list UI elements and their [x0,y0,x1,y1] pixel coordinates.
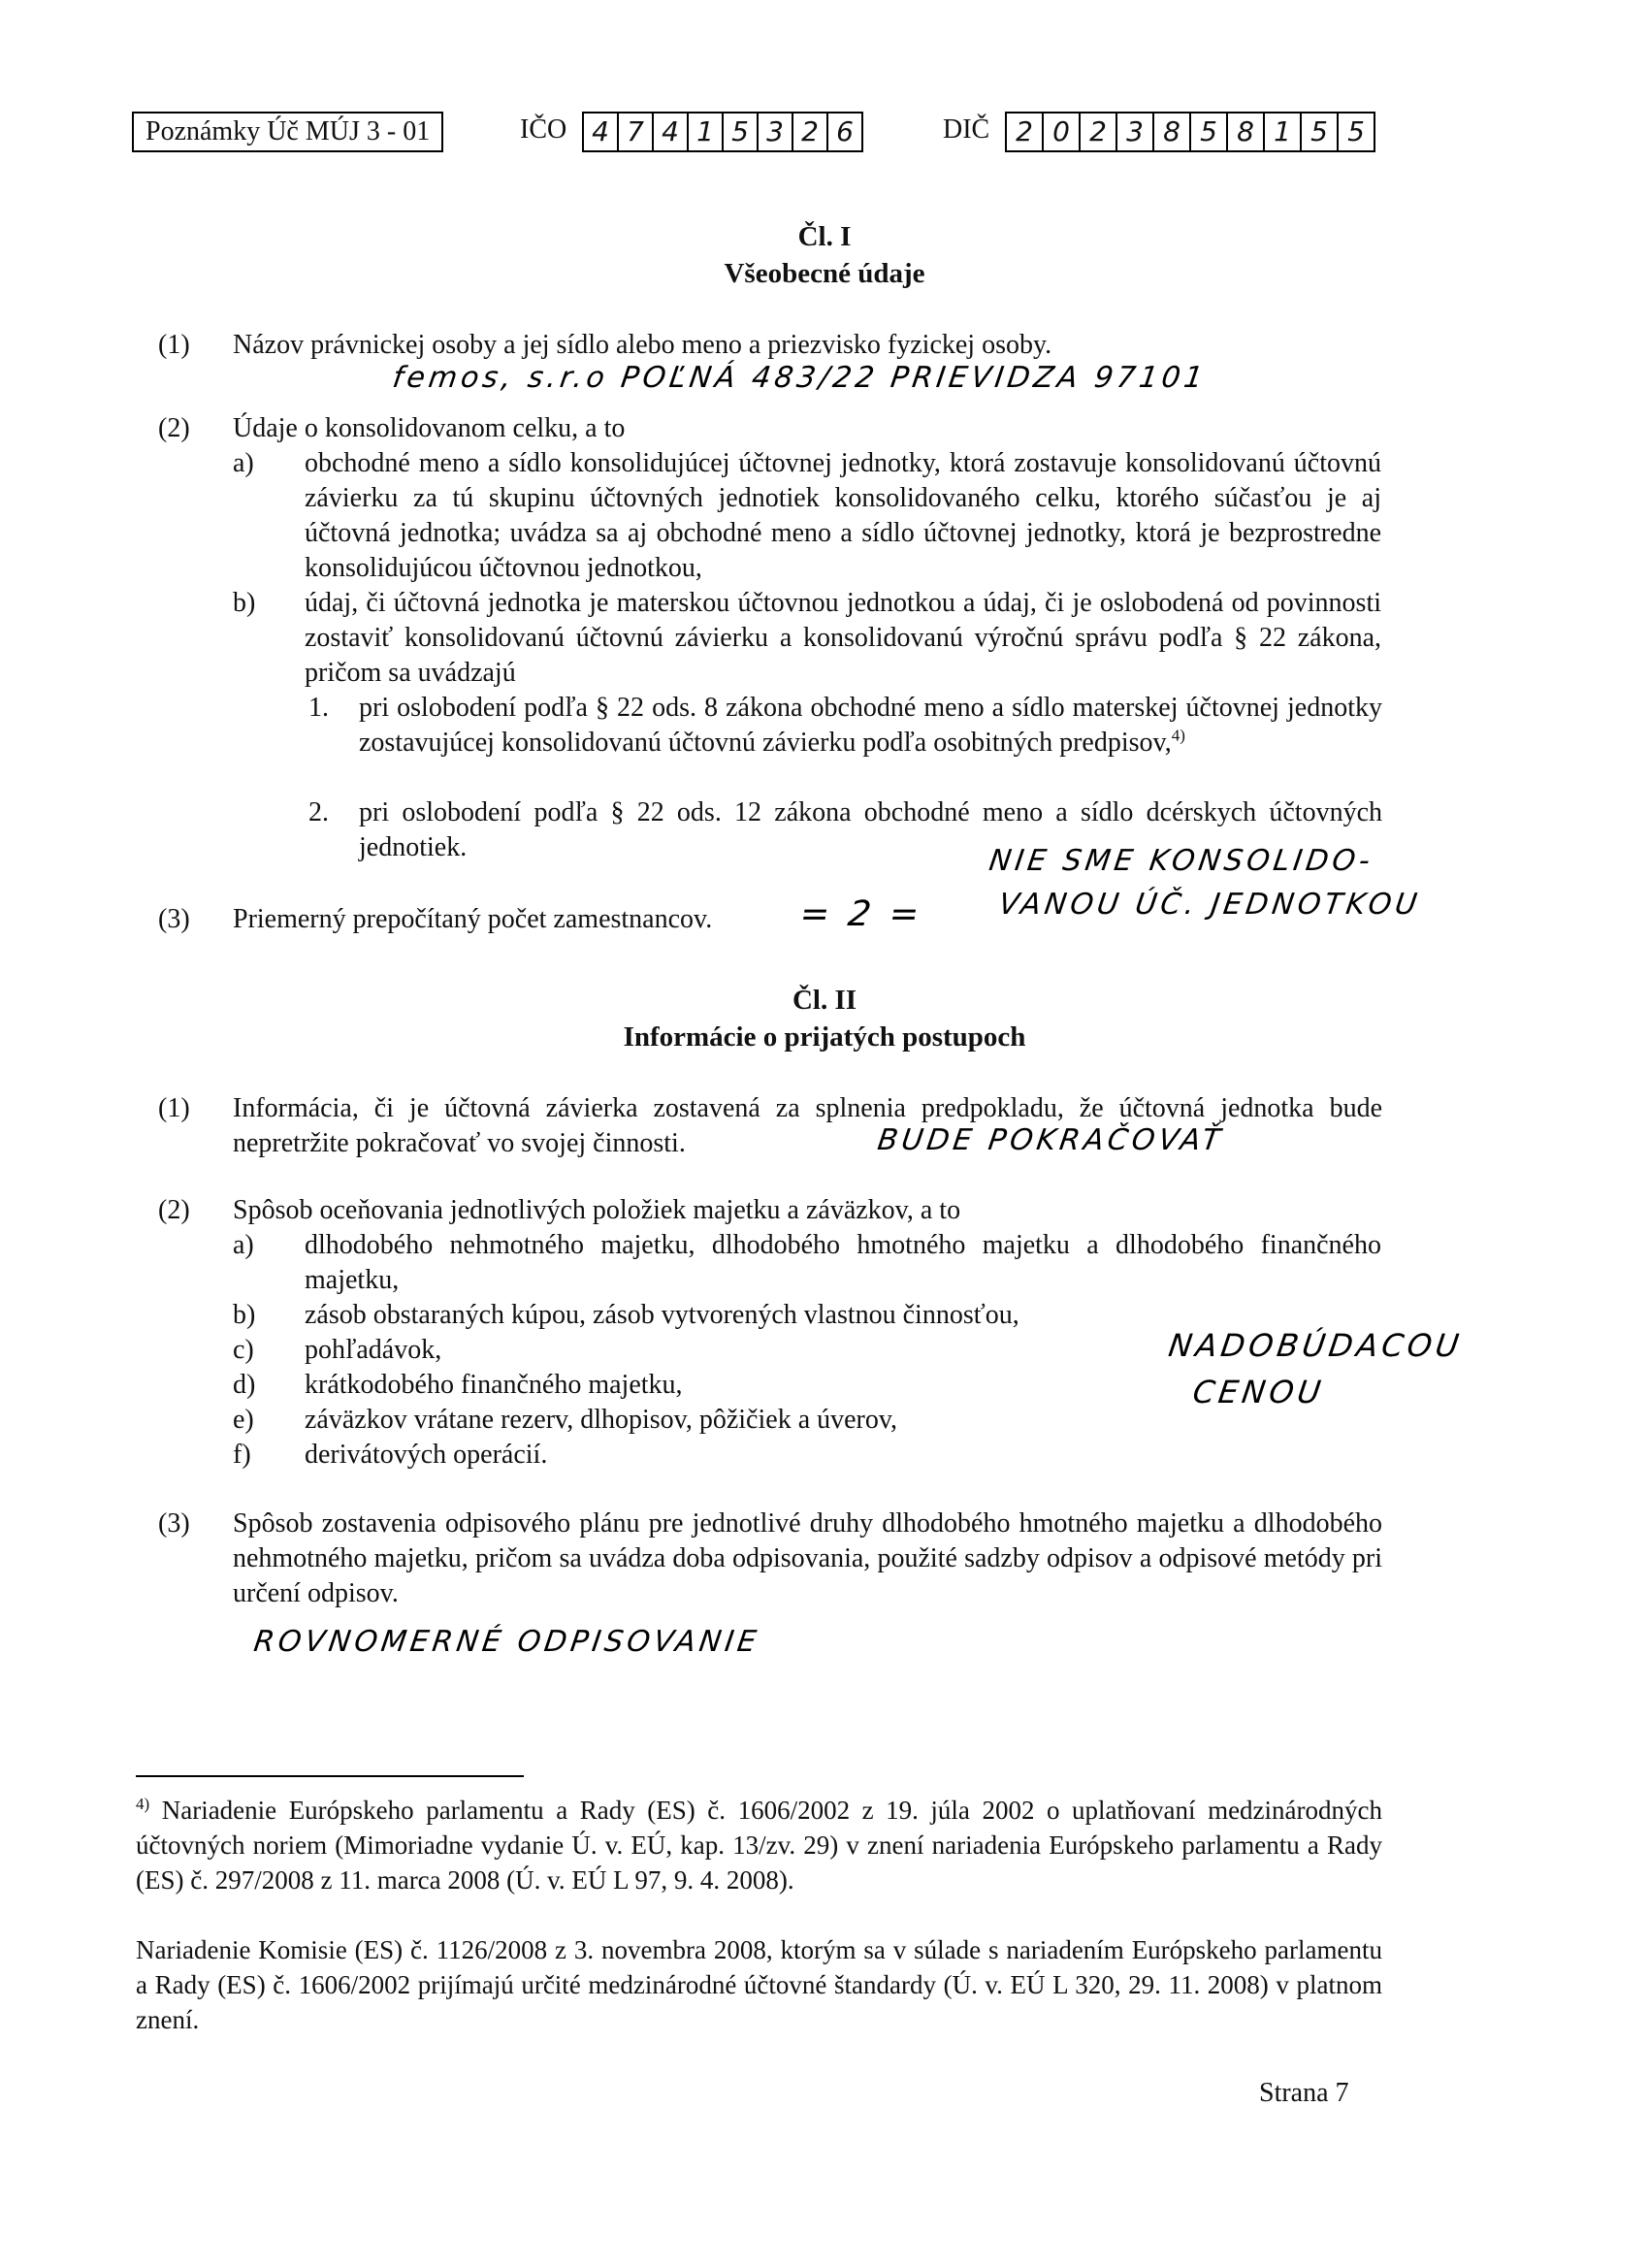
list-label: 1. [308,691,367,726]
footnote-1: 4) Nariadenie Európskeho parlamentu a Ra… [136,1793,1382,1897]
list-label: a) [233,446,291,481]
list-text: dlhodobého nehmotného majetku, dlhodobéh… [305,1228,1381,1298]
item-text: Spôsob oceňovania jednotlivých položiek … [233,1193,1397,1228]
list-text: pri oslobodení podľa § 22 ods. 8 zákona … [359,691,1382,761]
list-text: derivátových operácií. [305,1438,1178,1473]
form-label: Poznámky Úč MÚJ 3 - 01 [132,112,443,152]
dic-field: 2 0 2 3 8 5 8 1 5 5 [1005,112,1375,152]
footnote-ref: 4) [1172,727,1185,745]
list-label: c) [233,1333,291,1368]
list-text-content: pri oslobodení podľa § 22 ods. 8 zákona … [359,693,1382,758]
item-number: (3) [158,1507,216,1541]
item-number: (3) [158,902,216,937]
ico-digit: 4 [654,113,689,150]
article-2-number: Čl. II [0,982,1649,1019]
dic-digit: 5 [1191,113,1228,150]
dic-label: DIČ [943,110,989,150]
handwritten-note: NADOBÚDACOU [1166,1327,1465,1364]
ico-field: 4 7 4 1 5 3 2 6 [582,112,863,152]
item-number: (2) [158,1193,216,1228]
page-number: Strana 7 [1259,2076,1349,2111]
footnote-2: Nariadenie Komisie (ES) č. 1126/2008 z 3… [136,1932,1382,2037]
footnote-marker: 4) [136,1795,149,1813]
handwritten-employee-count: = 2 = [797,894,925,934]
item-text: Názov právnickej osoby a jej sídlo alebo… [233,328,1397,363]
dic-digit: 2 [1007,113,1044,150]
dic-digit: 5 [1339,113,1374,150]
list-label: 2. [308,795,367,830]
list-text: krátkodobého finančného majetku, [305,1368,1178,1403]
item-number: (1) [158,328,216,363]
article-1-number: Čl. I [0,218,1649,255]
list-text: údaj, či účtovná jednotka je materskou ú… [305,586,1381,691]
item-text: Údaje o konsolidovanom celku, a to [233,411,1397,446]
list-label: a) [233,1228,291,1263]
footnote-text: Nariadenie Európskeho parlamentu a Rady … [136,1796,1382,1895]
item-number: (2) [158,411,216,446]
footnote-divider [136,1775,524,1777]
ico-digit: 4 [584,113,619,150]
handwritten-note: BUDE POKRAČOVAŤ [876,1123,1227,1157]
dic-digit: 8 [1228,113,1265,150]
dic-digit: 2 [1081,113,1117,150]
list-label: f) [233,1438,291,1473]
handwritten-note: CENOU [1190,1374,1326,1410]
dic-digit: 0 [1044,113,1081,150]
ico-digit: 1 [689,113,724,150]
ico-digit: 2 [793,113,828,150]
handwritten-company-name: femos, s.r.o POĽNÁ 483/22 PRIEVIDZA 9710… [391,361,1210,395]
ico-digit: 3 [759,113,793,150]
list-label: b) [233,1298,291,1333]
ico-label: IČO [520,110,566,150]
list-label: e) [233,1403,291,1438]
list-text: zásob obstaraných kúpou, zásob vytvorený… [305,1298,1178,1333]
list-text: pohľadávok, [305,1333,1178,1368]
article-1-title: Všeobecné údaje [0,255,1649,292]
item-number: (1) [158,1091,216,1126]
ico-digit: 7 [619,113,654,150]
handwritten-note: NIE SME KONSOLIDO- [987,844,1376,878]
list-text: obchodné meno a sídlo konsolidujúcej účt… [305,446,1381,586]
dic-digit: 3 [1117,113,1154,150]
item-text: Spôsob zostavenia odpisového plánu pre j… [233,1507,1382,1611]
handwritten-note: VANOU ÚČ. JEDNOTKOU [997,888,1423,922]
list-text: záväzkov vrátane rezerv, dlhopisov, pôži… [305,1403,1178,1438]
article-2-title: Informácie o prijatých postupoch [0,1019,1649,1055]
ico-digit: 6 [828,113,861,150]
ico-digit: 5 [724,113,759,150]
handwritten-note: ROVNOMERNÉ ODPISOVANIE [252,1625,762,1659]
list-label: d) [233,1368,291,1403]
dic-digit: 8 [1154,113,1191,150]
list-label: b) [233,586,291,621]
dic-digit: 1 [1265,113,1302,150]
item-text: Priemerný prepočítaný počet zamestnancov… [233,902,815,937]
dic-digit: 5 [1302,113,1339,150]
